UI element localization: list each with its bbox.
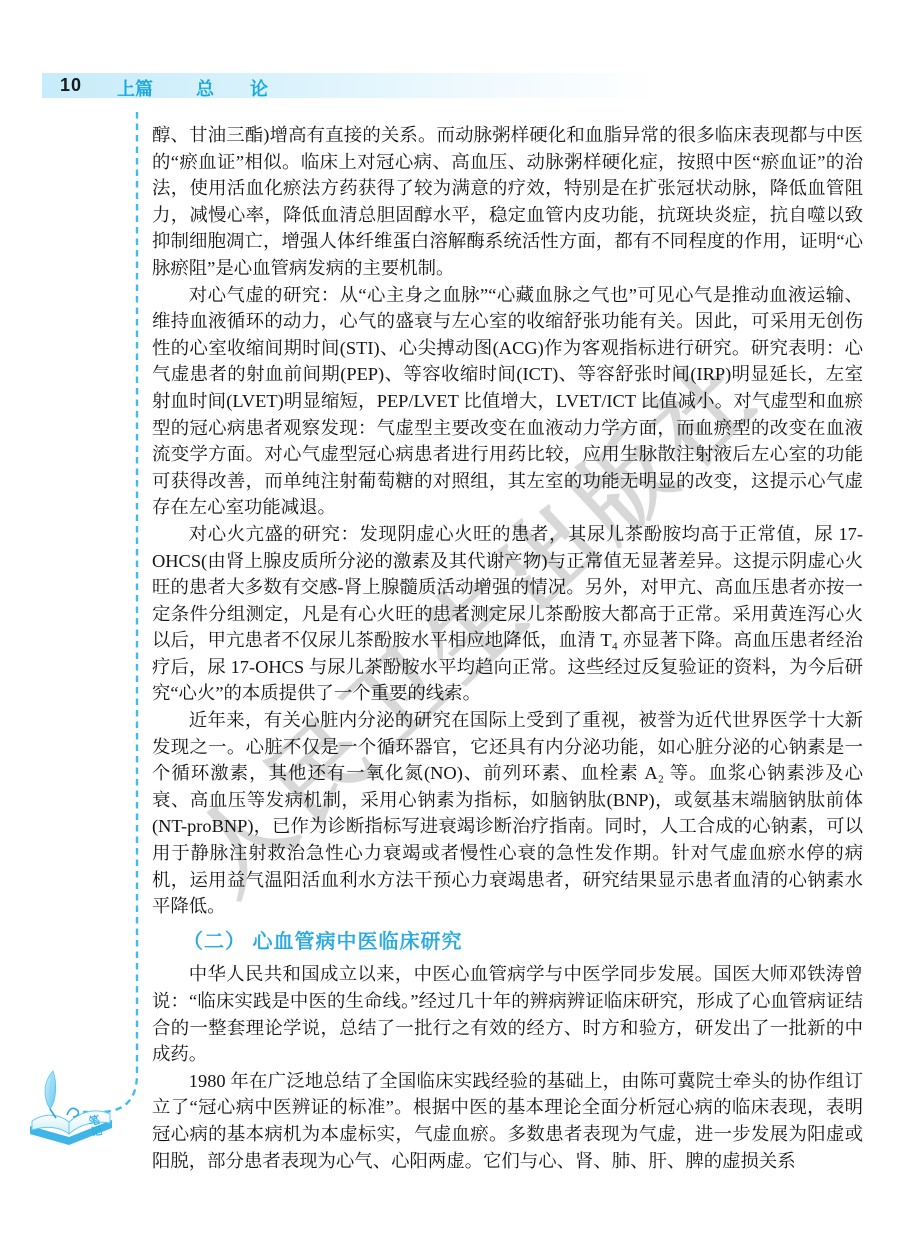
textbook-page: 人民卫生出版社 10 上篇 总 论 醇、甘油三酯)增高有直接的关系。而动脉粥样硬… bbox=[0, 0, 900, 1234]
header-section-title: 总 论 bbox=[196, 75, 268, 101]
paragraph-6: 1980 年在广泛地总结了全国临床实践经验的基础上，由陈可冀院士牵头的协作组订立… bbox=[152, 1068, 863, 1174]
page-number: 10 bbox=[60, 75, 82, 96]
section-heading: （二） 心血管病中医临床研究 bbox=[152, 929, 863, 956]
notes-book-icon: 笔记 bbox=[22, 1068, 122, 1156]
paragraph-4: 近年来，有关心脏内分泌的研究在国际上受到了重视，被誉为近代世界医学十大新发现之一… bbox=[152, 707, 863, 920]
book-clip bbox=[67, 1108, 78, 1117]
margin-dashed-path bbox=[83, 112, 137, 1112]
body-text: 醇、甘油三酯)增高有直接的关系。而动脉粥样硬化和血脂异常的很多临床表现都与中医的… bbox=[152, 122, 863, 1174]
paragraph-5: 中华人民共和国成立以来，中医心血管病学与中医学同步发展。国医大师邓铁涛曾说：“临… bbox=[152, 961, 863, 1067]
paragraph-3: 对心火亢盛的研究：发现阴虚心火旺的患者，其尿儿茶酚胺均高于正常值，尿 17-OH… bbox=[152, 521, 863, 707]
header-part-label: 上篇 bbox=[117, 75, 153, 101]
paragraph-2: 对心气虚的研究：从“心主身之血脉”“心藏血脉之气也”可见心气是推动血液运输、维持… bbox=[152, 282, 863, 521]
paragraph-1: 醇、甘油三酯)增高有直接的关系。而动脉粥样硬化和血脂异常的很多临床表现都与中医的… bbox=[152, 122, 863, 282]
